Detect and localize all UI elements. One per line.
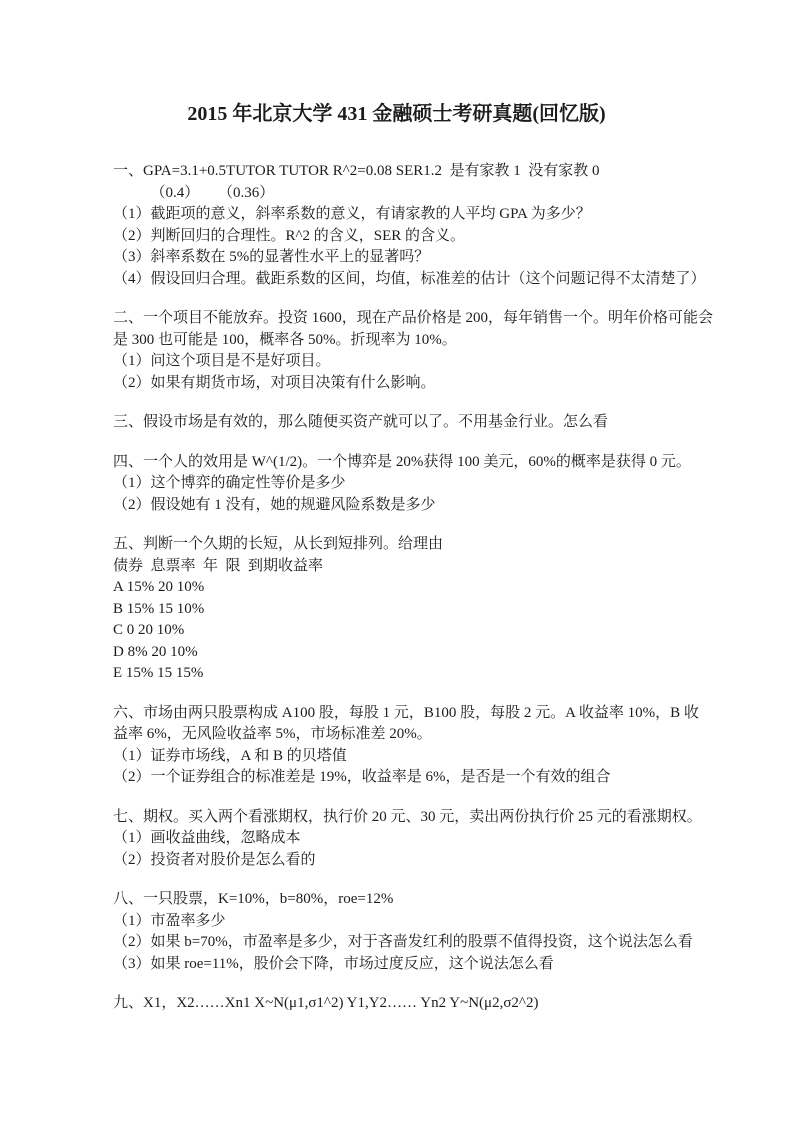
question-block-5: 五、判断一个久期的长短，从长到短排列。给理由债券 息票率 年 限 到期收益率A … [113,534,688,685]
question-block-7: 七、期权。买入两个看涨期权，执行价 20 元、30 元，卖出两份执行价 25 元… [113,807,688,872]
question-line: （1）市盈率多少 [113,911,688,933]
question-line: （2）投资者对股价是怎么看的 [113,850,688,872]
question-block-8: 八、一只股票，K=10%，b=80%，roe=12%（1）市盈率多少（2）如果 … [113,889,688,975]
question-line: E 15% 15 15% [113,663,688,685]
question-line: 是 300 也可能是 100，概率各 50%。折现率为 10%。 [113,330,688,352]
question-line: D 8% 20 10% [113,642,688,664]
question-line: （4）假设回归合理。截距系数的区间，均值，标准差的估计（这个问题记得不太清楚了） [113,269,688,291]
question-line: （2）判断回归的合理性。R^2 的含义，SER 的含义。 [113,226,688,248]
question-line: （2）一个证券组合的标准差是 19%，收益率是 6%，是否是一个有效的组合 [113,767,688,789]
question-line: 七、期权。买入两个看涨期权，执行价 20 元、30 元，卖出两份执行价 25 元… [113,807,688,829]
question-line: （1）这个博弈的确定性等价是多少 [113,473,688,495]
question-line: 四、一个人的效用是 W^(1/2)。一个博弈是 20%获得 100 美元，60%… [113,452,688,474]
question-line: （2）假设她有 1 没有，她的规避风险系数是多少 [113,495,688,517]
question-line: 二、一个项目不能放弃。投资 1600，现在产品价格是 200，每年销售一个。明年… [113,308,688,330]
question-line: 九、X1，X2……Xn1 X~N(μ1,σ1^2) Y1,Y2…… Yn2 Y~… [113,993,688,1015]
question-block-2: 二、一个项目不能放弃。投资 1600，现在产品价格是 200，每年销售一个。明年… [113,308,688,394]
question-block-3: 三、假设市场是有效的，那么随便买资产就可以了。不用基金行业。怎么看 [113,412,688,434]
question-line: （1）证券市场线，A 和 B 的贝塔值 [113,746,688,768]
document-body: 一、GPA=3.1+0.5TUTOR TUTOR R^2=0.08 SER1.2… [0,161,793,1015]
question-block-6: 六、市场由两只股票构成 A100 股，每股 1 元，B100 股，每股 2 元。… [113,703,688,789]
question-line: 八、一只股票，K=10%，b=80%，roe=12% [113,889,688,911]
question-line: （1）截距项的意义，斜率系数的意义，有请家教的人平均 GPA 为多少？ [113,204,688,226]
question-block-9: 九、X1，X2……Xn1 X~N(μ1,σ1^2) Y1,Y2…… Yn2 Y~… [113,993,688,1015]
question-line: C 0 20 10% [113,620,688,642]
question-line: B 15% 15 10% [113,599,688,621]
document-page: 2015 年北京大学 431 金融硕士考研真题(回忆版) 一、GPA=3.1+0… [0,0,793,1122]
question-line: 六、市场由两只股票构成 A100 股，每股 1 元，B100 股，每股 2 元。… [113,703,688,725]
question-line: （3）如果 roe=11%，股价会下降，市场过度反应，这个说法怎么看 [113,954,688,976]
question-block-4: 四、一个人的效用是 W^(1/2)。一个博弈是 20%获得 100 美元，60%… [113,452,688,517]
document-title: 2015 年北京大学 431 金融硕士考研真题(回忆版) [0,0,793,128]
question-line: 三、假设市场是有效的，那么随便买资产就可以了。不用基金行业。怎么看 [113,412,688,434]
question-line: （1）画收益曲线，忽略成本 [113,828,688,850]
question-line: （3）斜率系数在 5%的显著性水平上的显著吗？ [113,247,688,269]
question-line: 一、GPA=3.1+0.5TUTOR TUTOR R^2=0.08 SER1.2… [113,161,688,183]
question-line: 益率 6%，无风险收益率 5%，市场标准差 20%。 [113,724,688,746]
question-line: （0.4） （0.36） [113,183,688,205]
question-line: 五、判断一个久期的长短，从长到短排列。给理由 [113,534,688,556]
question-line: （2）如果有期货市场，对项目决策有什么影响。 [113,373,688,395]
question-block-1: 一、GPA=3.1+0.5TUTOR TUTOR R^2=0.08 SER1.2… [113,161,688,290]
question-line: （2）如果 b=70%，市盈率是多少，对于吝啬发红利的股票不值得投资，这个说法怎… [113,932,688,954]
question-line: 债券 息票率 年 限 到期收益率 [113,556,688,578]
question-line: A 15% 20 10% [113,577,688,599]
question-line: （1）问这个项目是不是好项目。 [113,351,688,373]
